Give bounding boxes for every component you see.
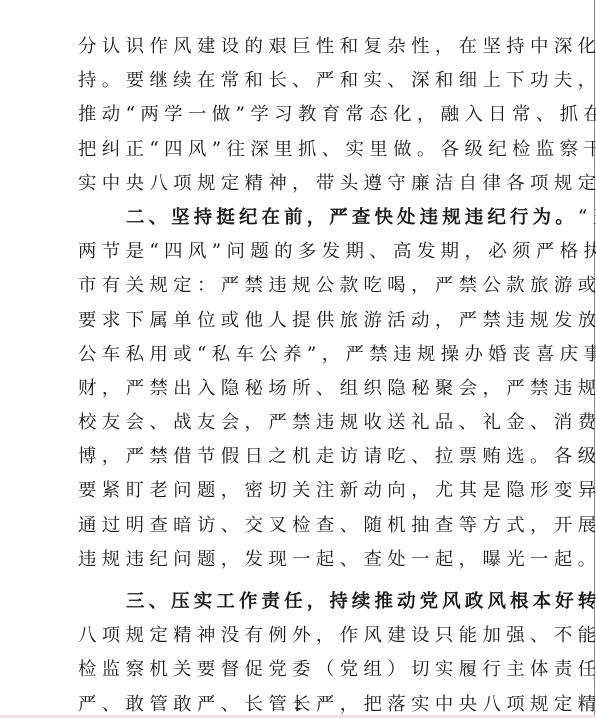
text-line: 校友会、战友会，严禁违规收送礼品、礼金、消费卡等，严禁赌 [78,406,520,440]
text-line: 把纠正“四风”往深里抓、实里做。各级纪检监察干部要带头落 [78,133,520,167]
text-line: 财，严禁出入隐秘场所、组织隐秘聚会，严禁违规参加老乡会、 [78,372,520,406]
text-line: 博，严禁借节假日之机走访请吃、拉票贿选。各级纪检监察机关 [78,440,520,474]
paragraph-2: 二、坚持挺纪在前，严查快处违规违纪行为。“五一”、端午 两节是“四风”问题的多发… [78,201,520,577]
section-heading-2: 二、坚持挺纪在前，严查快处违规违纪行为。 [126,207,578,228]
text-line: 三、压实工作责任，持续推动党风政风根本好转。落实中央 [78,585,520,619]
document-page: 分认识作风建设的艰巨性和复杂性，在坚持中深化，在深化中坚 持。要继续在常和长、严… [0,0,595,715]
page-number: 2 [0,698,596,714]
text-line: 检监察机关要督促党委（党组）切实履行主体责任，做到真管真 [78,653,520,687]
text-line: 二、坚持挺纪在前，严查快处违规违纪行为。“五一”、端午 [78,201,520,235]
text-line: 实中央八项规定精神，带头遵守廉洁自律各项规定。 [78,167,520,201]
text-line: 分认识作风建设的艰巨性和复杂性，在坚持中深化，在深化中坚 [78,30,520,64]
text-line: 市有关规定：严禁违规公款吃喝，严禁公款旅游或利用职务影响 [78,269,520,303]
text-line: 违规违纪问题，发现一起、查处一起，曝光一起。 [78,543,520,577]
paragraph-gap [78,577,520,585]
text-line: 要紧盯老问题，密切关注新动向，尤其是隐形变异“四风”问题， [78,474,520,508]
text-fragment: “五一”、端午 [578,207,596,228]
section-heading-3: 三、压实工作责任，持续推动党风政风根本好转。 [126,591,596,612]
document-body: 分认识作风建设的艰巨性和复杂性，在坚持中深化，在深化中坚 持。要继续在常和长、严… [78,30,520,718]
text-line: 要求下属单位或他人提供旅游活动，严禁违规发放津补贴，严禁 [78,304,520,338]
text-line: 推动“两学一做”学习教育常态化，融入日常、抓在经常，切实 [78,98,520,132]
text-line: 公车私用或“私车公养”，严禁违规操办婚丧喜庆事宜和借机敛 [78,338,520,372]
text-line: 八项规定精神没有例外，作风建设只能加强、不能削弱。各级纪 [78,619,520,653]
text-line: 持。要继续在常和长、严和实、深和细上下功夫，特别是要结合 [78,64,520,98]
paragraph-1: 分认识作风建设的艰巨性和复杂性，在坚持中深化，在深化中坚 持。要继续在常和长、严… [78,30,520,201]
text-line: 通过明查暗访、交叉检查、随机抽查等方式，开展专项督查，对 [78,509,520,543]
text-line: 两节是“四风”问题的多发期、高发期，必须严格执行中央和省 [78,235,520,269]
